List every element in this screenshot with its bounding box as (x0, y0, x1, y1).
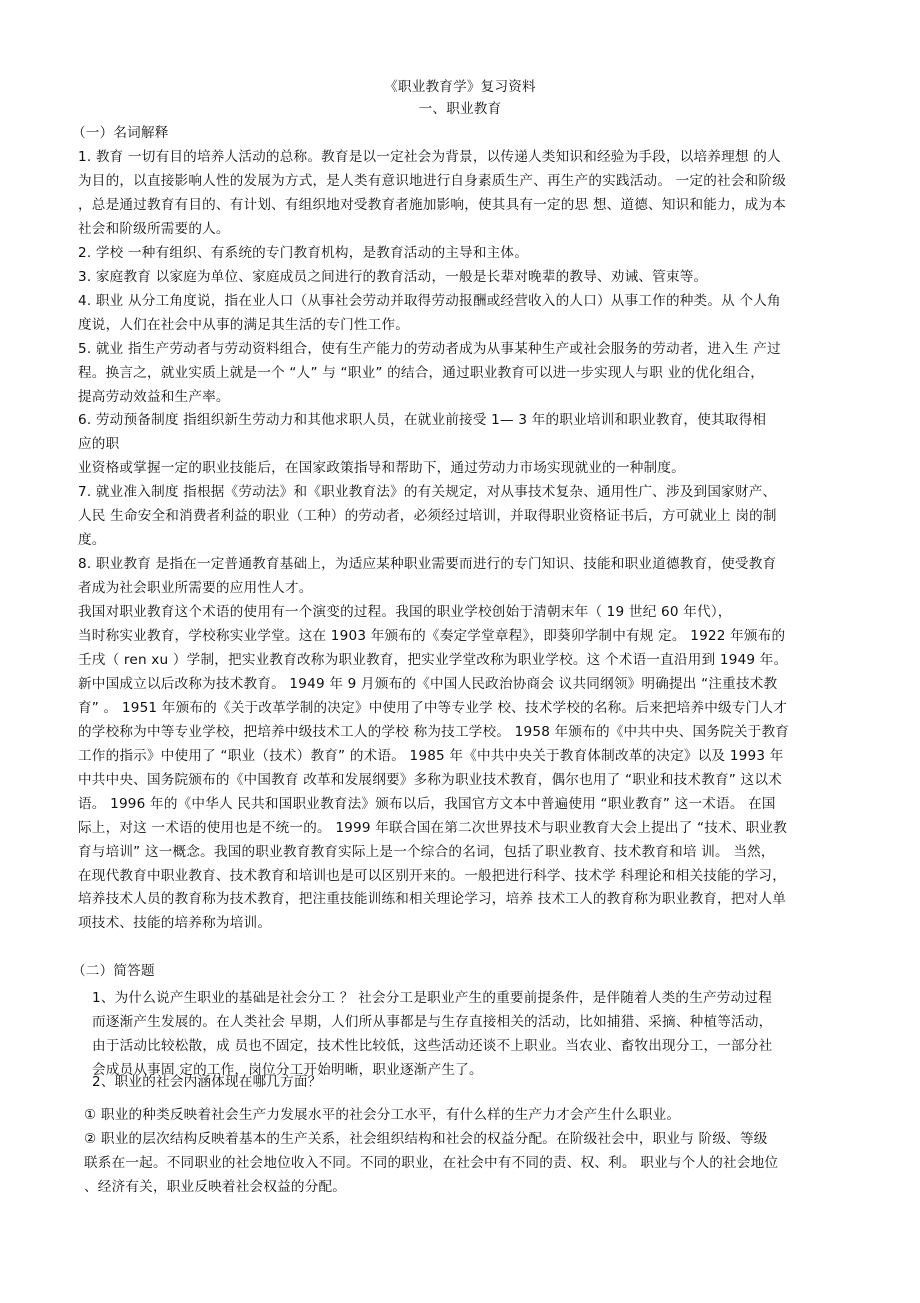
question-2-title: 2、职业的社会内涵体现在哪几方面？ (92, 1072, 852, 1092)
text-line: 由于活动比较松散，成 员也不固定，技术性比较低，这些活动还谈不上职业。当农业、畜… (92, 1036, 852, 1056)
text-line: 际上，对这 一术语的使用也是不统一的。 1999 年联合国在第二次世界技术与职业… (78, 818, 838, 838)
text-line: 7. 就业准入制度 指根据《劳动法》和《职业教育法》的有关规定，对从事技术复杂、… (78, 482, 838, 502)
text-line: 育与培训” 这一概念。我国的职业教育教育实际上是一个综合的名词，包括了职业教育、… (78, 842, 838, 862)
section-heading-short-answer: （二）简答题 (72, 961, 832, 981)
text-line: 5. 就业 指生产劳动者与劳动资料组合，使有生产能力的劳动者成为从事某种生产或社… (78, 339, 838, 359)
text-line: 联系在一起。不同职业的社会地位收入不同。不同的职业，在社会中有不同的责、权、利。… (84, 1153, 844, 1173)
text-line: 项技术、技能的培养称为培训。 (78, 913, 838, 933)
text-line: 6. 劳动预备制度 指组织新生劳动力和其他求职人员，在就业前接受 1— 3 年的… (78, 410, 838, 430)
text-line: 2. 学校 一种有组织、有系统的专门教育机构，是教育活动的主导和主体。 (78, 243, 838, 263)
text-line: 应的职 (78, 434, 838, 454)
text-line: ，总是通过教育有目的、有计划、有组织地对受教育者施加影响，使其具有一定的思 想、… (78, 195, 838, 215)
text-line: ② 职业的层次结构反映着基本的生产关系，社会组织结构和社会的权益分配。在阶级社会… (84, 1129, 844, 1149)
text-line: 4. 职业 从分工角度说，指在业人口（从事社会劳动并取得劳动报酬或经营收入的人口… (78, 291, 838, 311)
text-line: 而逐渐产生发展的。在人类社会 早期，人们所从事都是与生存直接相关的活动，比如捕猎… (92, 1012, 852, 1032)
text-line: 3. 家庭教育 以家庭为单位、家庭成员之间进行的教育活动，一般是长辈对晚辈的教导… (78, 267, 838, 287)
text-line: 工作的指示》中使用了 “职业（技术）教育” 的术语。 1985 年《中共中央关于… (78, 746, 838, 766)
chapter-heading: 一、职业教育 (0, 99, 920, 119)
text-line: 8. 职业教育 是指在一定普通教育基础上，为适应某种职业需要而进行的专门知识、技… (78, 554, 838, 574)
text-line: 中共中央、国务院颁布的《中国教育 改革和发展纲要》多称为职业技术教育，偶尔也用了… (78, 770, 838, 790)
text-line: 度。 (78, 530, 838, 550)
text-line: 、经济有关，职业反映着社会权益的分配。 (84, 1177, 844, 1197)
text-line: 新中国成立以后改称为技术教育。 1949 年 9 月颁布的《中国人民政治协商会 … (78, 674, 838, 694)
text-line: 1、为什么说产生职业的基础是社会分工 ？ 社会分工是职业产生的重要前提条件，是伴… (92, 988, 852, 1008)
text-line: 度说，人们在社会中从事的满足其生活的专门性工作。 (78, 315, 838, 335)
text-line: 程。换言之，就业实质上就是一个 “人” 与 “职业” 的结合，通过职业教育可以进… (78, 363, 838, 383)
section-heading-terms: （一）名词解释 (72, 123, 832, 143)
text-line: 的学校称为中等专业学校，把培养中级技术工人的学校 称为技工学校。 1958 年颁… (78, 722, 838, 742)
document-title: 《职业教育学》复习资料 (0, 77, 920, 97)
text-line: 我国对职业教育这个术语的使用有一个演变的过程。我国的职业学校创始于清朝末年（ 1… (78, 602, 838, 622)
text-line: 在现代教育中职业教育、技术教育和培训也是可以区别开来的。一般把进行科学、技术学 … (78, 866, 838, 886)
text-line: 培养技术人员的教育称为技术教育，把注重技能训练和相关理论学习，培养 技术工人的教… (78, 889, 838, 909)
text-line: 语。 1996 年的《中华人 民共和国职业教育法》颁布以后，我国官方文本中普遍使… (78, 794, 838, 814)
text-line: 业资格或掌握一定的职业技能后，在国家政策指导和帮助下，通过劳动力市场实现就业的一… (78, 458, 838, 478)
text-line: 1. 教育 一切有目的培养人活动的总称。教育是以一定社会为背景，以传递人类知识和… (78, 147, 838, 167)
text-line: 当时称实业教育，学校称实业学堂。这在 1903 年颁布的《奏定学堂章程》，即葵卯… (78, 626, 838, 646)
text-line: 为目的，以直接影响人性的发展为方式，是人类有意识地进行自身素质生产、再生产的实践… (78, 171, 838, 191)
text-line: 人民 生命安全和消费者利益的职业（工种）的劳动者，必须经过培训，并取得职业资格证… (78, 506, 838, 526)
text-line: ① 职业的种类反映着社会生产力发展水平的社会分工水平，有什么样的生产力才会产生什… (84, 1105, 844, 1125)
text-line: 提高劳动效益和生产率。 (78, 387, 838, 407)
text-line: 社会和阶级所需要的人。 (78, 219, 838, 239)
document-page: 《职业教育学》复习资料 一、职业教育 （一）名词解释 1. 教育 一切有目的培养… (0, 0, 920, 1303)
text-line: 者成为社会职业所需要的应用性人才。 (78, 578, 838, 598)
text-line: 育” 。 1951 年颁布的《关于改革学制的决定》中使用了中等专业学 校、技术学… (78, 698, 838, 718)
text-line: 壬戌（ ren xu ）学制，把实业教育改称为职业教育，把实业学堂改称为职业学校… (78, 650, 838, 670)
